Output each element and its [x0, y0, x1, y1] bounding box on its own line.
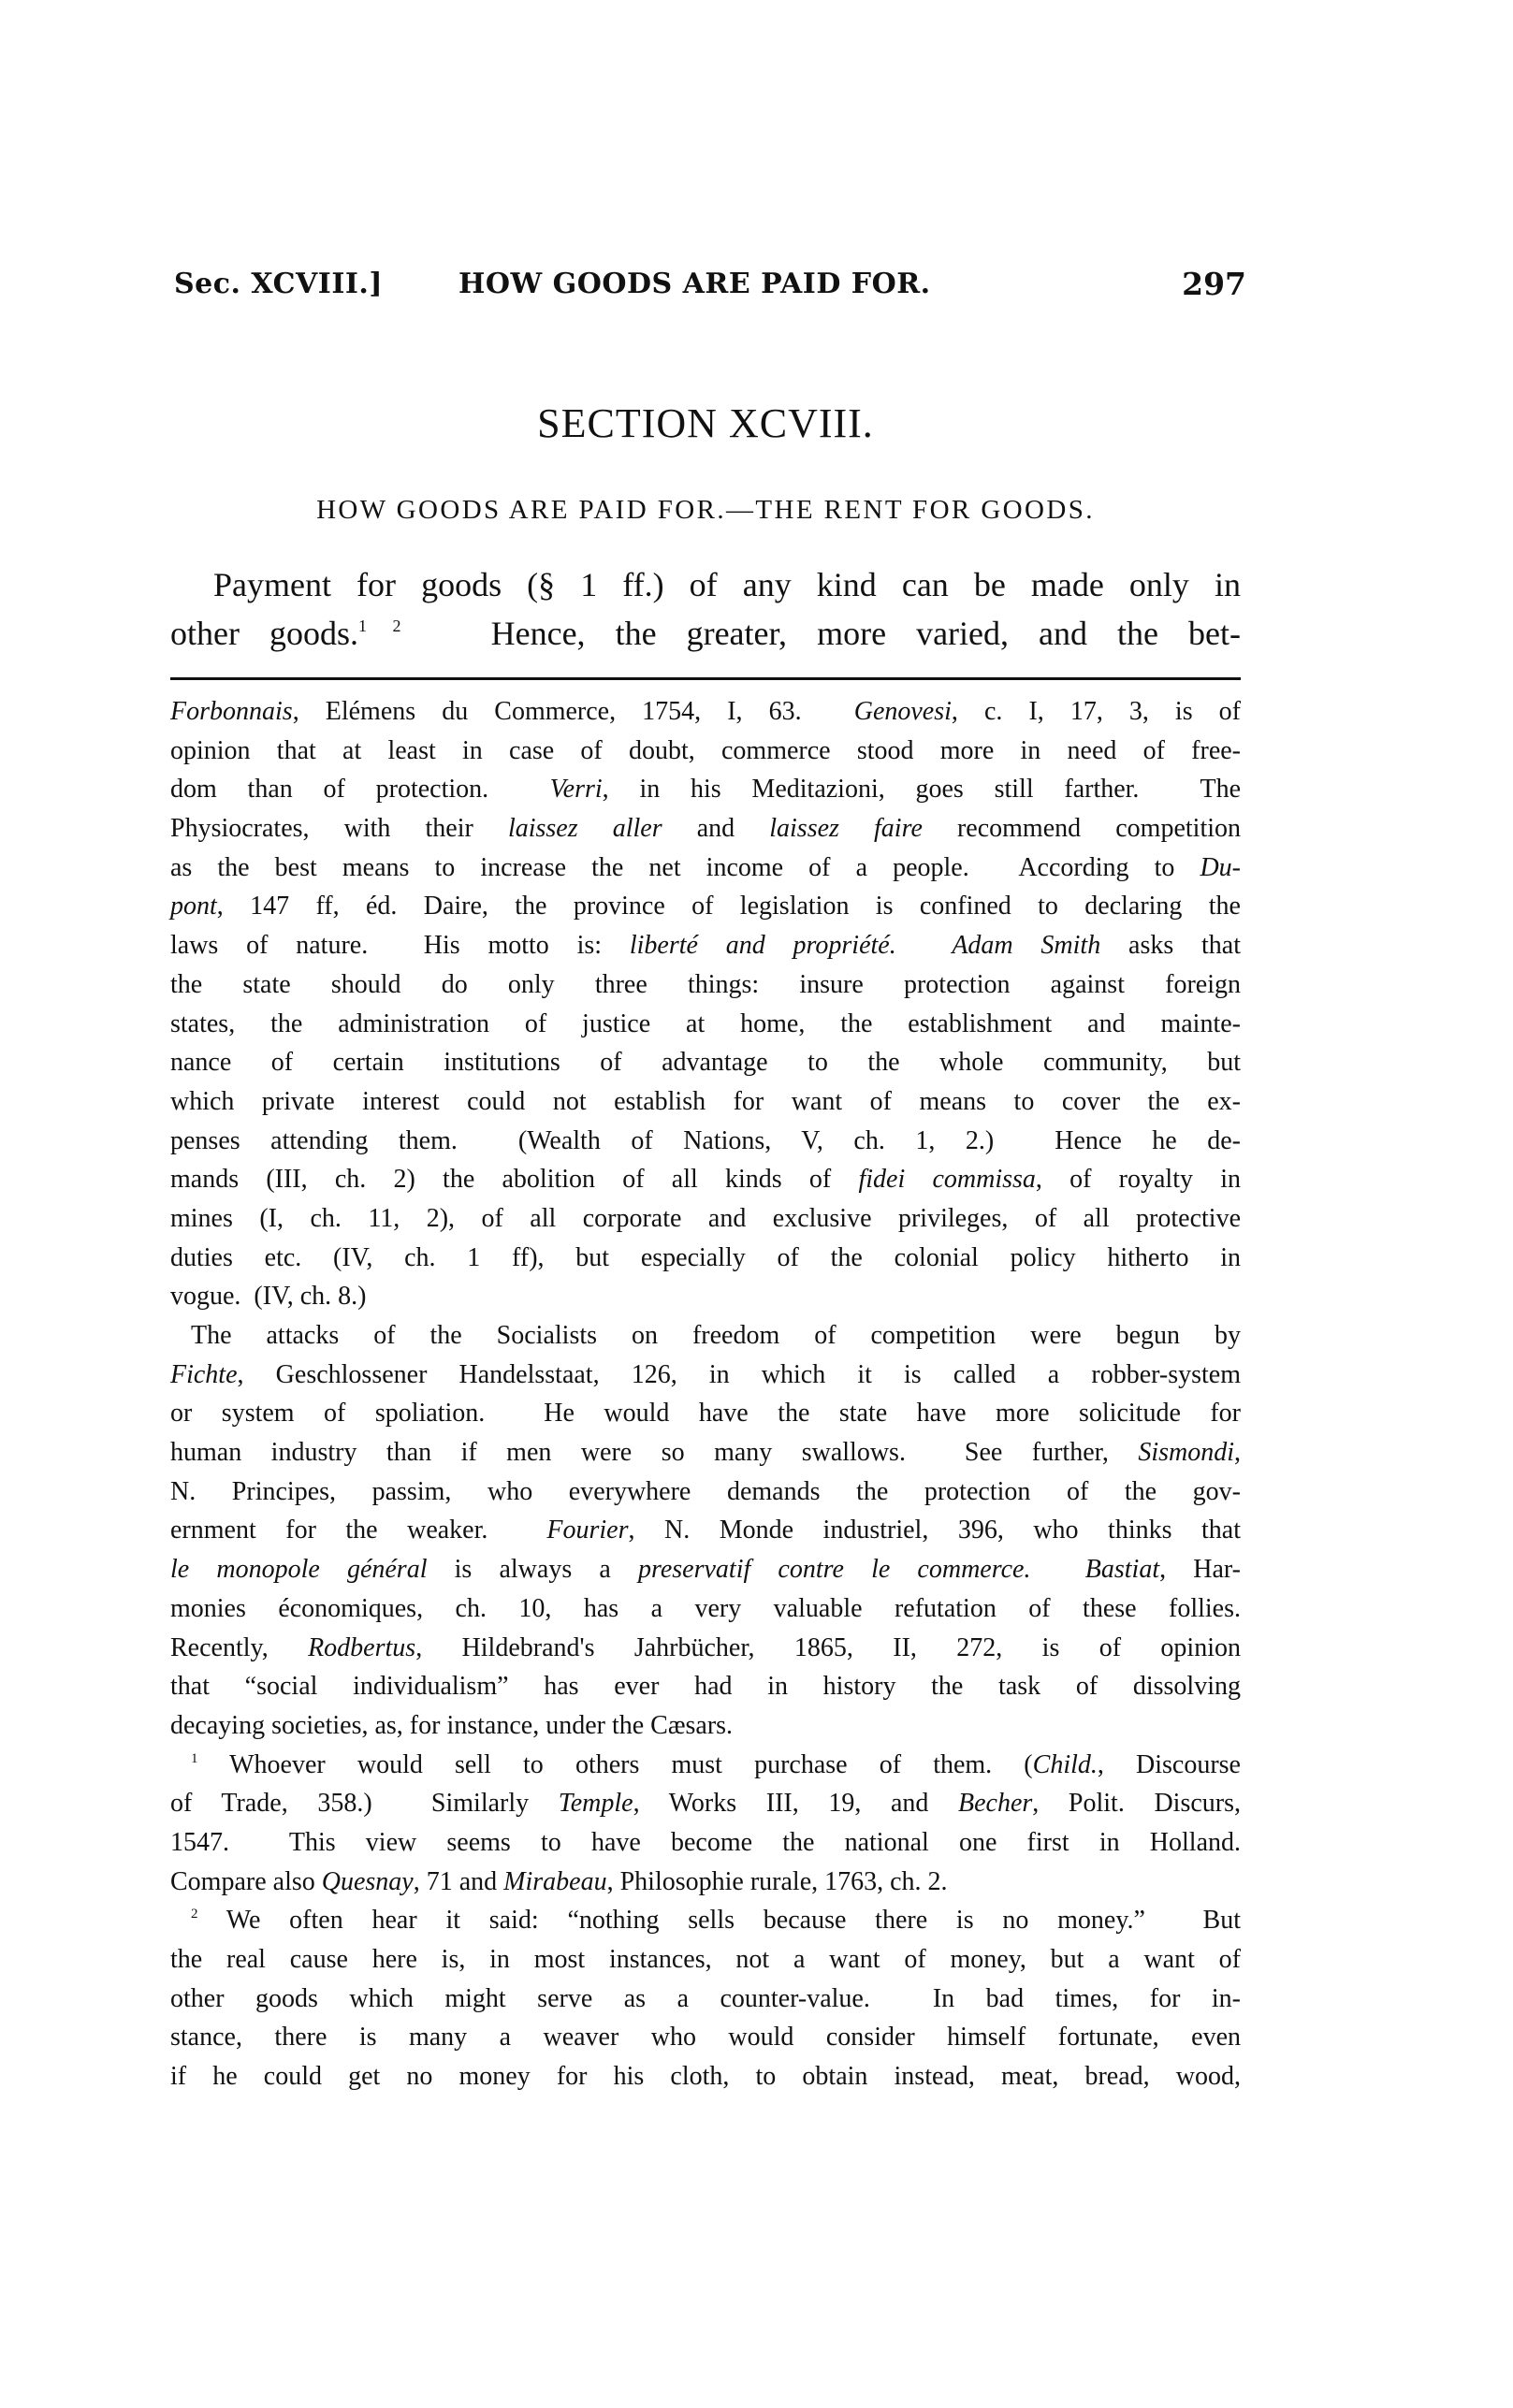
footnote-line: nance of certain institutions of advanta… [170, 1045, 1241, 1084]
text-run: 1547. This view seems to have become the… [170, 1828, 1241, 1857]
text-run [1030, 1555, 1084, 1584]
text-run: Whoever would sell to others must purcha… [198, 1750, 1033, 1779]
italic-citation: Temple [559, 1789, 633, 1818]
footnote-line: human industry than if men were so many … [170, 1435, 1241, 1474]
text-run: dom than of protection. [170, 775, 550, 804]
text-run: , Philosophie rurale, 1763, ch. 2. [607, 1867, 948, 1896]
text-run: laws of nature. His motto is: [170, 931, 630, 960]
text-run: opinion that at least in case of doubt, … [170, 736, 1241, 765]
text-run: , [1234, 1438, 1241, 1467]
running-header-title: HOW GOODS ARE PAID FOR. [458, 266, 931, 303]
text-run: asks that [1100, 931, 1241, 960]
italic-citation: Mirabeau [503, 1867, 606, 1896]
text-run: , Polit. Discurs, [1032, 1789, 1241, 1818]
italic-citation: Du- [1200, 853, 1241, 882]
footnote-line: Recently, Rodbertus, Hildebrand's Jahrbü… [170, 1631, 1241, 1670]
text-run: human industry than if men were so many … [170, 1438, 1138, 1467]
italic-citation: Quesnay [322, 1867, 414, 1896]
body-line: other goods.1 2 Hence, the greater, more… [170, 611, 1241, 660]
italic-citation: Genovesi [854, 697, 952, 726]
italic-citation: Adam Smith [952, 931, 1100, 960]
text-run: mines (I, ch. 11, 2), of all corporate a… [170, 1204, 1241, 1233]
italic-citation: preservatif contre le commerce. [638, 1555, 1030, 1584]
footnote-marker: 1 [191, 1751, 198, 1766]
text-run: or system of spoliation. He would have t… [170, 1399, 1241, 1428]
footnote-line: pont, 147 ff, éd. Daire, the province of… [170, 889, 1241, 928]
footnote-line: Compare also Quesnay, 71 and Mirabeau, P… [170, 1864, 1241, 1904]
text-run: that “social individualism” has ever had… [170, 1672, 1241, 1701]
text-run: Physiocrates, with their [170, 814, 508, 843]
text-run: We often hear it said: “nothing sells be… [198, 1906, 1242, 1935]
footnote-line: Forbonnais, Elémens du Commerce, 1754, I… [170, 694, 1241, 733]
text-run: , Discourse [1098, 1750, 1241, 1779]
text-run: vogue. (IV, ch. 8.) [170, 1282, 366, 1311]
text-run: , 71 and [414, 1867, 503, 1896]
italic-citation: pont [170, 892, 217, 921]
body-paragraph: Payment for goods (§ 1 ff.) of any kind … [170, 562, 1241, 660]
footnote-line: Physiocrates, with their laissez aller a… [170, 811, 1241, 850]
footnote-line: opinion that at least in case of doubt, … [170, 733, 1241, 773]
footnote-line: penses attending them. (Wealth of Nation… [170, 1124, 1241, 1163]
text-run: other goods. [170, 615, 358, 652]
footnotes: Forbonnais, Elémens du Commerce, 1754, I… [170, 694, 1241, 2098]
footnote-line: that “social individualism” has ever had… [170, 1669, 1241, 1708]
text-run: , Elémens du Commerce, 1754, I, 63. [293, 697, 854, 726]
footnote-line: as the best means to increase the net in… [170, 850, 1241, 890]
footnote-divider [170, 677, 1241, 680]
text-run: stance, there is many a weaver who would… [170, 2023, 1241, 2052]
footnote-line: 1547. This view seems to have become the… [170, 1825, 1241, 1864]
footnote-line: monies économiques, ch. 10, has a very v… [170, 1591, 1241, 1631]
section-title: SECTION XCVIII. [170, 400, 1241, 447]
text-run: penses attending them. (Wealth of Nation… [170, 1126, 1241, 1155]
text-run: , of royalty in [1036, 1165, 1241, 1194]
footnote-line: laws of nature. His motto is: liberté an… [170, 928, 1241, 967]
text-run: , c. I, 17, 3, is of [952, 697, 1241, 726]
footnote-line: states, the administration of justice at… [170, 1007, 1241, 1046]
footnote-line: of Trade, 358.) Similarly Temple, Works … [170, 1786, 1241, 1825]
italic-citation: le monopole général [170, 1555, 427, 1584]
text-run: Compare also [170, 1867, 322, 1896]
footnote-line: or system of spoliation. He would have t… [170, 1396, 1241, 1435]
text-run: , 147 ff, éd. Daire, the province of leg… [217, 892, 1241, 921]
footnote-line: ernment for the weaker. Fourier, N. Mond… [170, 1513, 1241, 1552]
italic-citation: Becher [958, 1789, 1032, 1818]
body-line: Payment for goods (§ 1 ff.) of any kind … [170, 562, 1241, 611]
text-run: , Geschlossener Handelsstaat, 126, in wh… [238, 1360, 1241, 1389]
footnote-line: mines (I, ch. 11, 2), of all corporate a… [170, 1201, 1241, 1240]
text-run: Payment for goods (§ 1 ff.) of any kind … [213, 566, 1241, 603]
text-run: states, the administration of justice at… [170, 1009, 1241, 1038]
running-header: Sec. XCVIII.] HOW GOODS ARE PAID FOR. 29… [174, 266, 1246, 303]
text-run: The attacks of the Socialists on freedom… [191, 1321, 1241, 1350]
text-run: if he could get no money for his cloth, … [170, 2062, 1241, 2091]
footnote-line: dom than of protection. Verri, in his Me… [170, 772, 1241, 811]
footnote-line: 2 We often hear it said: “nothing sells … [170, 1903, 1241, 1942]
italic-citation: laissez aller [508, 814, 662, 843]
text-run: monies économiques, ch. 10, has a very v… [170, 1594, 1241, 1623]
text-run: , N. Monde industriel, 396, who thinks t… [629, 1516, 1241, 1545]
footnote-line: stance, there is many a weaver who would… [170, 2020, 1241, 2059]
italic-citation: Bastiat [1085, 1555, 1159, 1584]
text-run: Recently, [170, 1633, 308, 1662]
italic-citation: Sismondi [1138, 1438, 1234, 1467]
text-run: recommend competition [923, 814, 1241, 843]
footnote-line: The attacks of the Socialists on freedom… [170, 1318, 1241, 1357]
footnote-line: le monopole général is always a preserva… [170, 1552, 1241, 1591]
text-run: the state should do only three things: i… [170, 970, 1241, 999]
text-run: as the best means to increase the net in… [170, 853, 1200, 882]
text-run: decaying societies, as, for instance, un… [170, 1711, 733, 1740]
text-run: duties etc. (IV, ch. 1 ff), but especial… [170, 1243, 1241, 1272]
italic-citation: laissez faire [769, 814, 923, 843]
footnote-line: decaying societies, as, for instance, un… [170, 1708, 1241, 1748]
text-run: and [662, 814, 770, 843]
footnote-line: 1 Whoever would sell to others must purc… [170, 1748, 1241, 1787]
italic-citation: Fourier [546, 1516, 628, 1545]
footnote-line: other goods which might serve as a count… [170, 1981, 1241, 2021]
text-run: which private interest could not establi… [170, 1087, 1241, 1116]
footnote-marker: 1 2 [358, 617, 401, 635]
italic-citation: Forbonnais [170, 697, 293, 726]
text-run: , Hildebrand's Jahrbücher, 1865, II, 272… [415, 1633, 1241, 1662]
text-run: is always a [427, 1555, 638, 1584]
text-run: , in his Meditazioni, goes still farther… [603, 775, 1241, 804]
text-run: N. Principes, passim, who everywhere dem… [170, 1477, 1241, 1506]
italic-citation: Child. [1033, 1750, 1098, 1779]
italic-citation: Verri [550, 775, 603, 804]
footnote-line: N. Principes, passim, who everywhere dem… [170, 1474, 1241, 1514]
footnote-line: if he could get no money for his cloth, … [170, 2059, 1241, 2098]
footnote-line: which private interest could not establi… [170, 1084, 1241, 1124]
text-run: of Trade, 358.) Similarly [170, 1789, 559, 1818]
section-subheading: HOW GOODS ARE PAID FOR.—THE RENT FOR GOO… [170, 493, 1241, 527]
italic-citation: Rodbertus [308, 1633, 415, 1662]
footnote-line: the real cause here is, in most instance… [170, 1942, 1241, 1981]
text-run [896, 931, 953, 960]
italic-citation: Fichte [170, 1360, 238, 1389]
text-run: ernment for the weaker. [170, 1516, 546, 1545]
italic-citation: liberté and propriété. [630, 931, 896, 960]
book-page: Sec. XCVIII.] HOW GOODS ARE PAID FOR. 29… [0, 0, 1513, 2408]
text-run: nance of certain institutions of advanta… [170, 1048, 1241, 1077]
text-run: Hence, the greater, more varied, and the… [401, 615, 1241, 652]
footnote-line: the state should do only three things: i… [170, 967, 1241, 1007]
page-number: 297 [1182, 266, 1246, 303]
footnote-line: duties etc. (IV, ch. 1 ff), but especial… [170, 1240, 1241, 1280]
text-run: mands (III, ch. 2) the abolition of all … [170, 1165, 858, 1194]
running-header-section: Sec. XCVIII.] [174, 266, 383, 303]
text-run: the real cause here is, in most instance… [170, 1945, 1241, 1974]
footnote-line: Fichte, Geschlossener Handelsstaat, 126,… [170, 1357, 1241, 1397]
text-run: other goods which might serve as a count… [170, 1984, 1241, 2013]
italic-citation: fidei commissa [858, 1165, 1035, 1194]
footnote-line: vogue. (IV, ch. 8.) [170, 1279, 1241, 1318]
text-run: , Works III, 19, and [633, 1789, 958, 1818]
footnote-marker: 2 [191, 1907, 198, 1922]
footnote-line: mands (III, ch. 2) the abolition of all … [170, 1162, 1241, 1201]
text-run: , Har- [1159, 1555, 1241, 1584]
